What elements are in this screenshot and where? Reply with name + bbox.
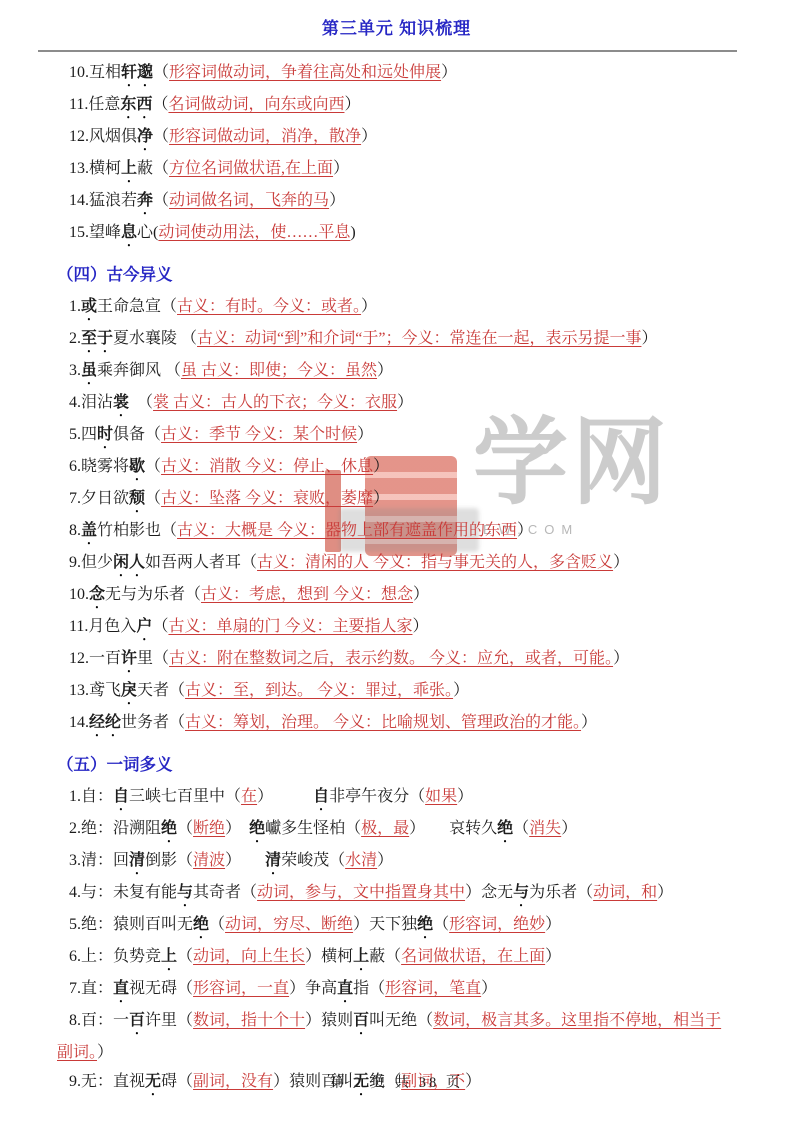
text-segment: ）念无 bbox=[465, 884, 513, 901]
emphasized-term: 与 bbox=[177, 884, 193, 901]
emphasized-term: 清 bbox=[129, 852, 145, 869]
section-heading-four: （四）古今异义 bbox=[57, 258, 737, 292]
text-segment: 6.晓雾将 bbox=[69, 458, 129, 475]
list-item: 3.清：回清倒影（清波） 清荣峻茂（水清） bbox=[57, 846, 737, 878]
text-segment: 视无碍（ bbox=[129, 980, 193, 997]
text-segment: 8. bbox=[69, 522, 81, 539]
word-usage-list: 10.互相轩邈（形容词做动词，争着往高处和远处伸展）11.任意东西（名词做动词，… bbox=[57, 58, 737, 250]
list-item: 9.但少闲人如吾两人者耳（古义：清闲的人 今义：指与事无关的人，多含贬义） bbox=[57, 548, 737, 580]
list-item: 8.百：一百许里（数词，指十个十）猿则百叫无绝（数词，极言其多。这里指不停地，相… bbox=[57, 1006, 737, 1067]
text-segment: 7.夕日欲 bbox=[69, 490, 129, 507]
annotation-text: 动词使动用法，使……平息 bbox=[158, 224, 350, 241]
annotation-text: 古义：大概是 今义：器物上部有遮盖作用的东西 bbox=[177, 522, 517, 539]
annotation-text: 断绝 bbox=[193, 820, 225, 837]
list-item: 4.泪沾裳 （裳 古义：古人的下衣；今义：衣服） bbox=[57, 388, 737, 420]
list-item: 10.互相轩邈（形容词做动词，争着往高处和远处伸展） bbox=[57, 58, 737, 90]
text-segment: ） bbox=[561, 820, 577, 837]
annotation-text: 动词，穷尽、断绝 bbox=[225, 916, 353, 933]
emphasized-term: 裳 bbox=[113, 394, 129, 411]
emphasized-term: 奔 bbox=[137, 192, 153, 209]
list-item: 1.或王命急宣（古义：有时。今义：或者。） bbox=[57, 292, 737, 324]
text-segment: 巘多生怪柏（ bbox=[265, 820, 361, 837]
text-segment: ） bbox=[545, 948, 561, 965]
text-segment: 指（ bbox=[353, 980, 385, 997]
text-segment: 蔽（ bbox=[137, 160, 169, 177]
text-segment: ） bbox=[257, 788, 313, 805]
text-segment: 8.百：一 bbox=[69, 1012, 129, 1029]
emphasized-term: 经纶 bbox=[89, 714, 121, 731]
text-segment: （ bbox=[152, 96, 168, 113]
list-item: 8.盖竹柏影也（古义：大概是 今义：器物上部有遮盖作用的东西） bbox=[57, 516, 737, 548]
section-heading-five: （五）一词多义 bbox=[57, 748, 737, 782]
text-segment: 王命急宣（ bbox=[97, 298, 177, 315]
annotation-text: 古义：单扇的门 今义：主要指人家 bbox=[168, 618, 412, 635]
annotation-text: 极，最 bbox=[361, 820, 409, 837]
text-segment: 竹柏影也（ bbox=[97, 522, 177, 539]
text-segment: （ bbox=[177, 948, 193, 965]
text-segment: （ bbox=[129, 394, 153, 411]
emphasized-term: 颓 bbox=[129, 490, 145, 507]
annotation-text: 古义：附在整数词之后，表示约数。 今义：应允，或者，可能。 bbox=[169, 650, 613, 667]
annotation-text: 形容词，绝妙 bbox=[449, 916, 545, 933]
text-segment: 1. bbox=[69, 298, 81, 315]
text-segment: 俱备（ bbox=[113, 426, 161, 443]
text-segment: 里（ bbox=[137, 650, 169, 667]
text-segment: 无与为乐者（ bbox=[105, 586, 201, 603]
annotation-text: 动词，参与，文中指置身其中 bbox=[257, 884, 465, 901]
text-segment: （ bbox=[177, 820, 193, 837]
ancient-modern-list: 1.或王命急宣（古义：有时。今义：或者。）2.至于夏水襄陵 （古义：动词“到”和… bbox=[57, 292, 737, 740]
text-segment: ） bbox=[361, 128, 377, 145]
text-segment: 7.直： bbox=[69, 980, 113, 997]
text-segment: 2. bbox=[69, 330, 81, 347]
emphasized-term: 念 bbox=[89, 586, 105, 603]
text-segment: （ bbox=[145, 458, 161, 475]
text-segment: ） bbox=[481, 980, 497, 997]
emphasized-term: 绝 bbox=[249, 820, 265, 837]
text-segment: ） bbox=[97, 1044, 113, 1061]
text-segment: ） bbox=[397, 394, 413, 411]
text-segment: 其奇者（ bbox=[193, 884, 257, 901]
polysemy-list: 1.自：自三峡七百里中（在） 自非亭午夜分（如果）2.绝：沿溯阻绝（断绝） 绝巘… bbox=[57, 782, 737, 1099]
annotation-text: 古义：动词“到”和介词“于”；今义：常连在一起，表示另提一事 bbox=[197, 330, 641, 347]
emphasized-term: 歇 bbox=[129, 458, 145, 475]
annotation-text: 古义：季节 今义：某个时候 bbox=[161, 426, 357, 443]
text-segment: 4.泪沾 bbox=[69, 394, 113, 411]
document-body: 10.互相轩邈（形容词做动词，争着往高处和远处伸展）11.任意东西（名词做动词，… bbox=[0, 58, 793, 1099]
text-segment: ） 哀转久 bbox=[409, 820, 497, 837]
emphasized-term: 绝 bbox=[161, 820, 177, 837]
text-segment: 5.四 bbox=[69, 426, 97, 443]
emphasized-term: 或 bbox=[81, 298, 97, 315]
text-segment: 14. bbox=[69, 714, 89, 731]
text-segment: 2.绝：沿溯阻 bbox=[69, 820, 161, 837]
annotation-text: 名词做状语，在上面 bbox=[401, 948, 545, 965]
text-segment: 蔽（ bbox=[369, 948, 401, 965]
emphasized-term: 绝 bbox=[193, 916, 209, 933]
text-segment: （ bbox=[209, 916, 225, 933]
annotation-text: 古义：消散 今义：停止、休息 bbox=[161, 458, 373, 475]
text-segment: 乘奔御风 （ bbox=[97, 362, 181, 379]
list-item: 6.晓雾将歇（古义：消散 今义：停止、休息） bbox=[57, 452, 737, 484]
text-segment: ） bbox=[657, 884, 673, 901]
annotation-text: 在 bbox=[241, 788, 257, 805]
text-segment: （ bbox=[152, 618, 168, 635]
text-segment: ）争高 bbox=[289, 980, 337, 997]
annotation-text: 古义：坠落 今义：衰败，萎靡 bbox=[161, 490, 373, 507]
text-segment: 3. bbox=[69, 362, 81, 379]
annotation-text: 名词做动词，向东或向西 bbox=[168, 96, 344, 113]
list-item: 5.绝：猿则百叫无绝（动词，穷尽、断绝）天下独绝（形容词，绝妙） bbox=[57, 910, 737, 942]
text-segment: 荣峻茂（ bbox=[281, 852, 345, 869]
text-segment: ） bbox=[344, 96, 360, 113]
text-segment: ） bbox=[329, 192, 345, 209]
text-segment: ） bbox=[377, 852, 393, 869]
list-item: 14.猛浪若奔（动词做名词，飞奔的马） bbox=[57, 186, 737, 218]
list-item: 11.月色入户（古义：单扇的门 今义：主要指人家） bbox=[57, 612, 737, 644]
annotation-text: 形容词做动词，争着往高处和远处伸展 bbox=[169, 64, 441, 81]
emphasized-term: 上 bbox=[161, 948, 177, 965]
annotation-text: 古义：考虑，想到 今义：想念 bbox=[201, 586, 413, 603]
emphasized-term: 百 bbox=[129, 1012, 145, 1029]
list-item: 12.风烟俱净（形容词做动词，消净，散净） bbox=[57, 122, 737, 154]
list-item: 4.与：未复有能与其奇者（动词，参与，文中指置身其中）念无与为乐者（动词，和） bbox=[57, 878, 737, 910]
text-segment: 12.风烟俱 bbox=[69, 128, 137, 145]
text-segment: ） bbox=[377, 362, 393, 379]
text-segment: ） bbox=[613, 650, 629, 667]
emphasized-term: 与 bbox=[513, 884, 529, 901]
text-segment: ）猿则 bbox=[305, 1012, 353, 1029]
annotation-text: 形容词做动词，消净，散净 bbox=[169, 128, 361, 145]
text-segment: （ bbox=[433, 916, 449, 933]
text-segment: 1.自： bbox=[69, 788, 113, 805]
list-item: 15.望峰息心(动词使动用法，使……平息) bbox=[57, 218, 737, 250]
list-item: 13.鸢飞戾天者（古义：至，到达。 今义：罪过，乖张。） bbox=[57, 676, 737, 708]
annotation-text: 清波 bbox=[193, 852, 225, 869]
list-item: 6.上：负势竞上（动词，向上生长）横柯上蔽（名词做状语，在上面） bbox=[57, 942, 737, 974]
text-segment: 13.鸢飞 bbox=[69, 682, 121, 699]
emphasized-term: 直 bbox=[337, 980, 353, 997]
text-segment: ） bbox=[641, 330, 657, 347]
text-segment: ） bbox=[545, 916, 561, 933]
text-segment: ） bbox=[453, 682, 469, 699]
text-segment: 心( bbox=[137, 224, 158, 241]
emphasized-term: 百 bbox=[353, 1012, 369, 1029]
annotation-text: 古义：至，到达。 今义：罪过，乖张。 bbox=[185, 682, 453, 699]
emphasized-term: 虽 bbox=[81, 362, 97, 379]
text-segment: 9.但少 bbox=[69, 554, 113, 571]
annotation-text: 水清 bbox=[345, 852, 377, 869]
annotation-text: 古义：有时。今义：或者。 bbox=[177, 298, 361, 315]
emphasized-term: 戾 bbox=[121, 682, 137, 699]
section-ancient-modern-meanings: （四）古今异义 1.或王命急宣（古义：有时。今义：或者。）2.至于夏水襄陵 （古… bbox=[57, 258, 737, 740]
text-segment: ） bbox=[373, 490, 389, 507]
annotation-text: 方位名词做状语,在上面 bbox=[169, 160, 333, 177]
text-segment: 如吾两人者耳（ bbox=[145, 554, 257, 571]
text-segment: （ bbox=[153, 192, 169, 209]
annotation-text: 动词做名词，飞奔的马 bbox=[169, 192, 329, 209]
list-item: 2.绝：沿溯阻绝（断绝） 绝巘多生怪柏（极，最） 哀转久绝（消失） bbox=[57, 814, 737, 846]
list-item: 10.念无与为乐者（古义：考虑，想到 今义：想念） bbox=[57, 580, 737, 612]
text-segment: 叫无绝（ bbox=[369, 1012, 433, 1029]
text-segment: ） bbox=[581, 714, 597, 731]
text-segment: （ bbox=[153, 64, 169, 81]
text-segment: 倒影（ bbox=[145, 852, 193, 869]
annotation-text: 裳 古义：古人的下衣；今义：衣服 bbox=[153, 394, 397, 411]
list-item: 1.自：自三峡七百里中（在） 自非亭午夜分（如果） bbox=[57, 782, 737, 814]
text-segment: （ bbox=[145, 490, 161, 507]
emphasized-term: 闲人 bbox=[113, 554, 145, 571]
section-polysemy: （五）一词多义 1.自：自三峡七百里中（在） 自非亭午夜分（如果）2.绝：沿溯阻… bbox=[57, 748, 737, 1099]
text-segment: 夏水襄陵 （ bbox=[113, 330, 197, 347]
list-item: 5.四时俱备（古义：季节 今义：某个时候） bbox=[57, 420, 737, 452]
text-segment: 世务者（ bbox=[121, 714, 185, 731]
list-item: 14.经纶世务者（古义：筹划，治理。 今义：比喻规划、管理政治的才能。） bbox=[57, 708, 737, 740]
list-item: 13.横柯上蔽（方位名词做状语,在上面） bbox=[57, 154, 737, 186]
text-segment: ） bbox=[441, 64, 457, 81]
page-number-footer: 第 2 页 共 38 页 bbox=[0, 1071, 793, 1092]
annotation-text: 如果 bbox=[425, 788, 457, 805]
list-item: 11.任意东西（名词做动词，向东或向西） bbox=[57, 90, 737, 122]
text-segment: ） bbox=[225, 852, 265, 869]
text-segment: 10.互相 bbox=[69, 64, 121, 81]
text-segment: ） bbox=[333, 160, 349, 177]
text-segment: 14.猛浪若 bbox=[69, 192, 137, 209]
text-segment: （ bbox=[513, 820, 529, 837]
emphasized-term: 户 bbox=[136, 618, 152, 635]
text-segment: 三峡七百里中（ bbox=[129, 788, 241, 805]
text-segment: 11.月色入 bbox=[69, 618, 136, 635]
annotation-text: 古义：筹划，治理。 今义：比喻规划、管理政治的才能。 bbox=[185, 714, 581, 731]
text-segment: ）天下独 bbox=[353, 916, 417, 933]
emphasized-term: 许 bbox=[121, 650, 137, 667]
annotation-text: 古义：清闲的人 今义：指与事无关的人，多含贬义 bbox=[257, 554, 613, 571]
text-segment: 4.与：未复有能 bbox=[69, 884, 177, 901]
text-segment: 11.任意 bbox=[69, 96, 120, 113]
emphasized-term: 直 bbox=[113, 980, 129, 997]
emphasized-term: 息 bbox=[121, 224, 137, 241]
annotation-text: 动词，和 bbox=[593, 884, 657, 901]
text-segment: ） bbox=[517, 522, 533, 539]
text-segment: ） bbox=[373, 458, 389, 475]
emphasized-term: 绝 bbox=[417, 916, 433, 933]
text-segment: ） bbox=[225, 820, 249, 837]
annotation-text: 数词，指十个十 bbox=[193, 1012, 305, 1029]
text-segment: 13.横柯 bbox=[69, 160, 121, 177]
header-divider bbox=[38, 50, 737, 52]
emphasized-term: 清 bbox=[265, 852, 281, 869]
section-word-usage: 10.互相轩邈（形容词做动词，争着往高处和远处伸展）11.任意东西（名词做动词，… bbox=[57, 58, 737, 250]
list-item: 12.一百许里（古义：附在整数词之后，表示约数。 今义：应允，或者，可能。） bbox=[57, 644, 737, 676]
annotation-text: 动词，向上生长 bbox=[193, 948, 305, 965]
list-item: 3.虽乘奔御风 （虽 古义：即使；今义：虽然） bbox=[57, 356, 737, 388]
emphasized-term: 净 bbox=[137, 128, 153, 145]
text-segment: ） bbox=[361, 298, 377, 315]
list-item: 7.夕日欲颓（古义：坠落 今义：衰败，萎靡） bbox=[57, 484, 737, 516]
text-segment: 许里（ bbox=[145, 1012, 193, 1029]
annotation-text: 形容词，笔直 bbox=[385, 980, 481, 997]
text-segment: ） bbox=[412, 618, 428, 635]
emphasized-term: 盖 bbox=[81, 522, 97, 539]
text-segment: 15.望峰 bbox=[69, 224, 121, 241]
text-segment: 天者（ bbox=[137, 682, 185, 699]
text-segment: ） bbox=[413, 586, 429, 603]
text-segment: 6.上：负势竞 bbox=[69, 948, 161, 965]
list-item: 2.至于夏水襄陵 （古义：动词“到”和介词“于”；今义：常连在一起，表示另提一事… bbox=[57, 324, 737, 356]
text-segment: 为乐者（ bbox=[529, 884, 593, 901]
list-item: 7.直：直视无碍（形容词，一直）争高直指（形容词，笔直） bbox=[57, 974, 737, 1006]
emphasized-term: 时 bbox=[97, 426, 113, 443]
emphasized-term: 上 bbox=[121, 160, 137, 177]
emphasized-term: 自 bbox=[313, 788, 329, 805]
annotation-text: 虽 古义：即使；今义：虽然 bbox=[181, 362, 377, 379]
text-segment: 5.绝：猿则百叫无 bbox=[69, 916, 193, 933]
text-segment: 12.一百 bbox=[69, 650, 121, 667]
text-segment: ) bbox=[350, 224, 355, 241]
emphasized-term: 自 bbox=[113, 788, 129, 805]
emphasized-term: 绝 bbox=[497, 820, 513, 837]
text-segment: 非亭午夜分（ bbox=[329, 788, 425, 805]
annotation-text: 形容词，一直 bbox=[193, 980, 289, 997]
page-title: 第三单元 知识梳理 bbox=[0, 0, 793, 39]
text-segment: ） bbox=[457, 788, 473, 805]
text-segment: ） bbox=[357, 426, 373, 443]
emphasized-term: 至于 bbox=[81, 330, 113, 347]
text-segment: ）横柯 bbox=[305, 948, 353, 965]
text-segment: 3.清：回 bbox=[69, 852, 129, 869]
emphasized-term: 上 bbox=[353, 948, 369, 965]
text-segment: ） bbox=[613, 554, 629, 571]
text-segment: 10. bbox=[69, 586, 89, 603]
text-segment: （ bbox=[153, 128, 169, 145]
document-page: 第三单元 知识梳理 10.互相轩邈（形容词做动词，争着往高处和远处伸展）11.任… bbox=[0, 0, 793, 1122]
emphasized-term: 东西 bbox=[120, 96, 152, 113]
emphasized-term: 轩邈 bbox=[121, 64, 153, 81]
annotation-text: 消失 bbox=[529, 820, 561, 837]
